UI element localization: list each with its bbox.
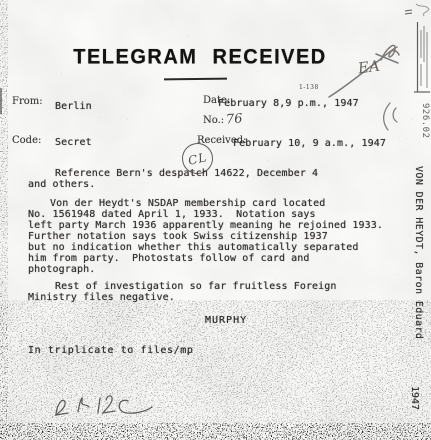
penciled-initials: EA (357, 57, 381, 78)
telegram-number-handwritten: 76 (225, 111, 243, 127)
body-line: but no indication whether this automatic… (28, 242, 359, 253)
date-value: February 8,9 p.m., 1947 (218, 98, 359, 109)
title-underline (164, 78, 227, 81)
body-line: photograph. (28, 264, 95, 275)
body-line: him from party. Photostats follow of car… (28, 253, 310, 264)
body-line: left party March 1936 apparently meaning… (28, 220, 383, 231)
code-value: Secret (55, 137, 92, 148)
form-number: 1-138 (299, 84, 319, 91)
body-line: and others. (28, 179, 95, 190)
margin-year: 1947 (409, 386, 420, 410)
margin-subject-name: VON DER HEYDT, Baron Eduard (413, 166, 424, 339)
received-value: February 10, 9 a.m., 1947 (233, 138, 386, 149)
film-grain-bottom-band (0, 423, 431, 440)
corner-squiggle (416, 4, 429, 16)
receiving-stamp-initials: CL (187, 150, 209, 168)
from-value: Berlin (55, 101, 92, 112)
body-line: Further notation says took Swiss citizen… (28, 231, 328, 242)
margin-file-number: 926.02 (420, 103, 430, 139)
archival-edge-stamp (405, 10, 430, 92)
film-grain-left-edge (0, 0, 8, 440)
scan-edge-artifact (0, 88, 2, 114)
body-line: Rest of investigation so far fruitless F… (55, 281, 337, 292)
body-line: No. 1561948 dated April 1, 1933. Notatio… (28, 209, 316, 220)
handwritten-notation (56, 396, 152, 415)
pencil-curly-mark (384, 103, 397, 130)
from-label: From: (12, 96, 43, 107)
code-label: Code: (12, 135, 41, 146)
telegram-document: TELEGRAM RECEIVED 1-138 From: Date: No.:… (0, 0, 431, 440)
no-label: No.: (203, 115, 224, 126)
signature: MURPHY (205, 315, 247, 326)
page-title: TELEGRAM RECEIVED (30, 45, 370, 70)
body-line: Von der Heydt's NSDAP membership card lo… (50, 198, 325, 209)
body-line: Ministry files negative. (28, 292, 175, 303)
distribution-note: In triplicate to files/mp (28, 345, 194, 356)
